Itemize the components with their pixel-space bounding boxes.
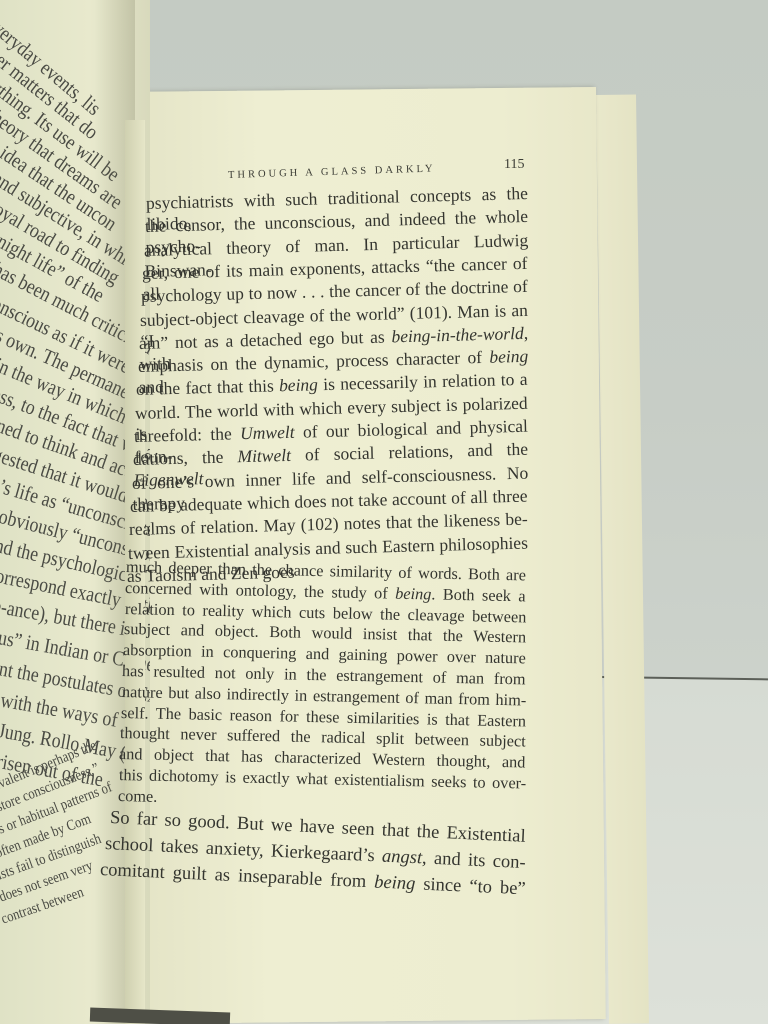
text-line: come. — [118, 786, 158, 807]
page-number: 115 — [504, 157, 524, 173]
